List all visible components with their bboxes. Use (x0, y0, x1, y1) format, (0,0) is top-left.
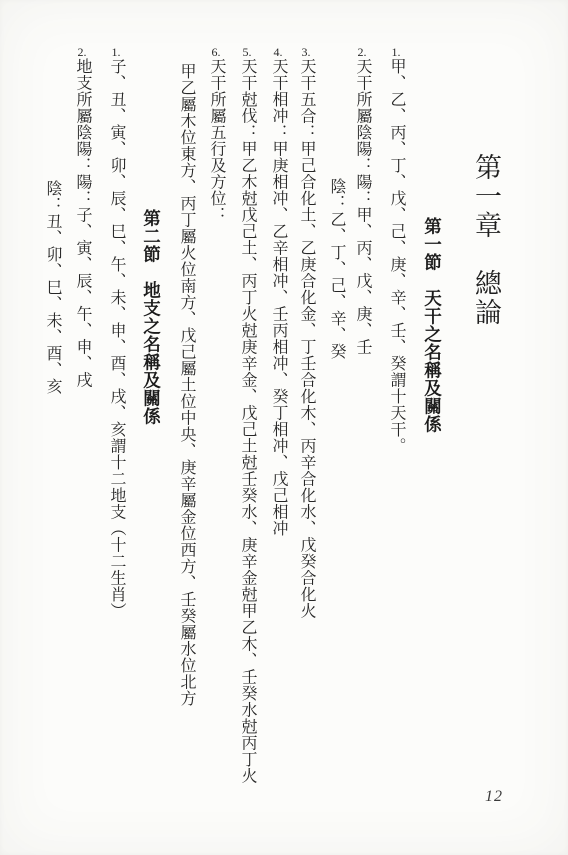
item-number: 2. (76, 46, 88, 58)
item-text: 天干所屬五行及方位： (208, 58, 225, 223)
item-text: 天干相冲：甲庚相冲、乙辛相冲、壬丙相冲、癸丁相冲、戊己相冲 (270, 58, 287, 537)
item-number: 6. (210, 46, 222, 58)
dizhi-item-1: 1.子、丑、寅、卯、辰、巳、午、未、申、酉、戌、亥謂十二地支（十二生肖） (108, 46, 124, 619)
item-number: 2. (356, 46, 368, 58)
section2-heading: 第二節 地支之名稱及關係 (142, 209, 160, 425)
dizhi-item-2-continuation: 陰：丑、卯、巳、未、酉、亥 (44, 180, 60, 395)
tiangan-item-5: 5.天干尅伐：甲乙木尅戊己土、丙丁火尅庚辛金、戊己土尅壬癸水、庚辛金尅甲乙木、壬… (239, 46, 255, 784)
item-text: 天干所屬陰陽：陽：甲、丙、戊、庚、壬 (354, 58, 371, 355)
chapter-title: 第一章 總論 (472, 153, 499, 327)
page-number: 12 (485, 788, 503, 806)
tiangan-item-3: 3.天干五合：甲己合化土、乙庚合化金、丁壬合化木、丙辛合化水、戊癸合化火 (298, 46, 314, 619)
tiangan-item-4: 4.天干相冲：甲庚相冲、乙辛相冲、壬丙相冲、癸丁相冲、戊己相冲 (270, 46, 286, 537)
item-number: 1. (390, 46, 402, 58)
item-text: 地支所屬陰陽：陽：子、寅、辰、午、申、戌 (74, 58, 91, 388)
item-number: 3. (300, 46, 312, 58)
tiangan-item-6-continuation: 甲乙屬木位東方、丙丁屬火位南方、戊己屬土位中央、庚辛屬金位西方、壬癸屬水位北方 (178, 63, 194, 707)
tiangan-item-1: 1.甲、乙、丙、丁、戊、己、庚、辛、壬、癸謂十天干。 (388, 46, 404, 454)
item-number: 4. (272, 46, 284, 58)
tiangan-item-2: 2.天干所屬陰陽：陽：甲、丙、戊、庚、壬 (354, 46, 370, 355)
tiangan-item-6: 6.天干所屬五行及方位： (208, 46, 224, 223)
item-text: 子、丑、寅、卯、辰、巳、午、未、申、酉、戌、亥謂十二地支（十二生肖） (108, 58, 125, 619)
book-page: 第一章 總論 第一節 天干之名稱及關係 1.甲、乙、丙、丁、戊、己、庚、辛、壬、… (0, 0, 568, 855)
tiangan-item-2-continuation: 陰：乙、丁、己、辛、癸 (328, 178, 344, 360)
dizhi-item-2: 2.地支所屬陰陽：陽：子、寅、辰、午、申、戌 (74, 46, 90, 388)
item-text: 天干尅伐：甲乙木尅戊己土、丙丁火尅庚辛金、戊己土尅壬癸水、庚辛金尅甲乙木、壬癸水… (239, 58, 256, 784)
section1-heading: 第一節 天干之名稱及關係 (423, 217, 441, 433)
item-number: 5. (241, 46, 253, 58)
item-text: 天干五合：甲己合化土、乙庚合化金、丁壬合化木、丙辛合化水、戊癸合化火 (298, 58, 315, 619)
item-text: 甲、乙、丙、丁、戊、己、庚、辛、壬、癸謂十天干。 (388, 58, 405, 454)
item-number: 1. (110, 46, 122, 58)
